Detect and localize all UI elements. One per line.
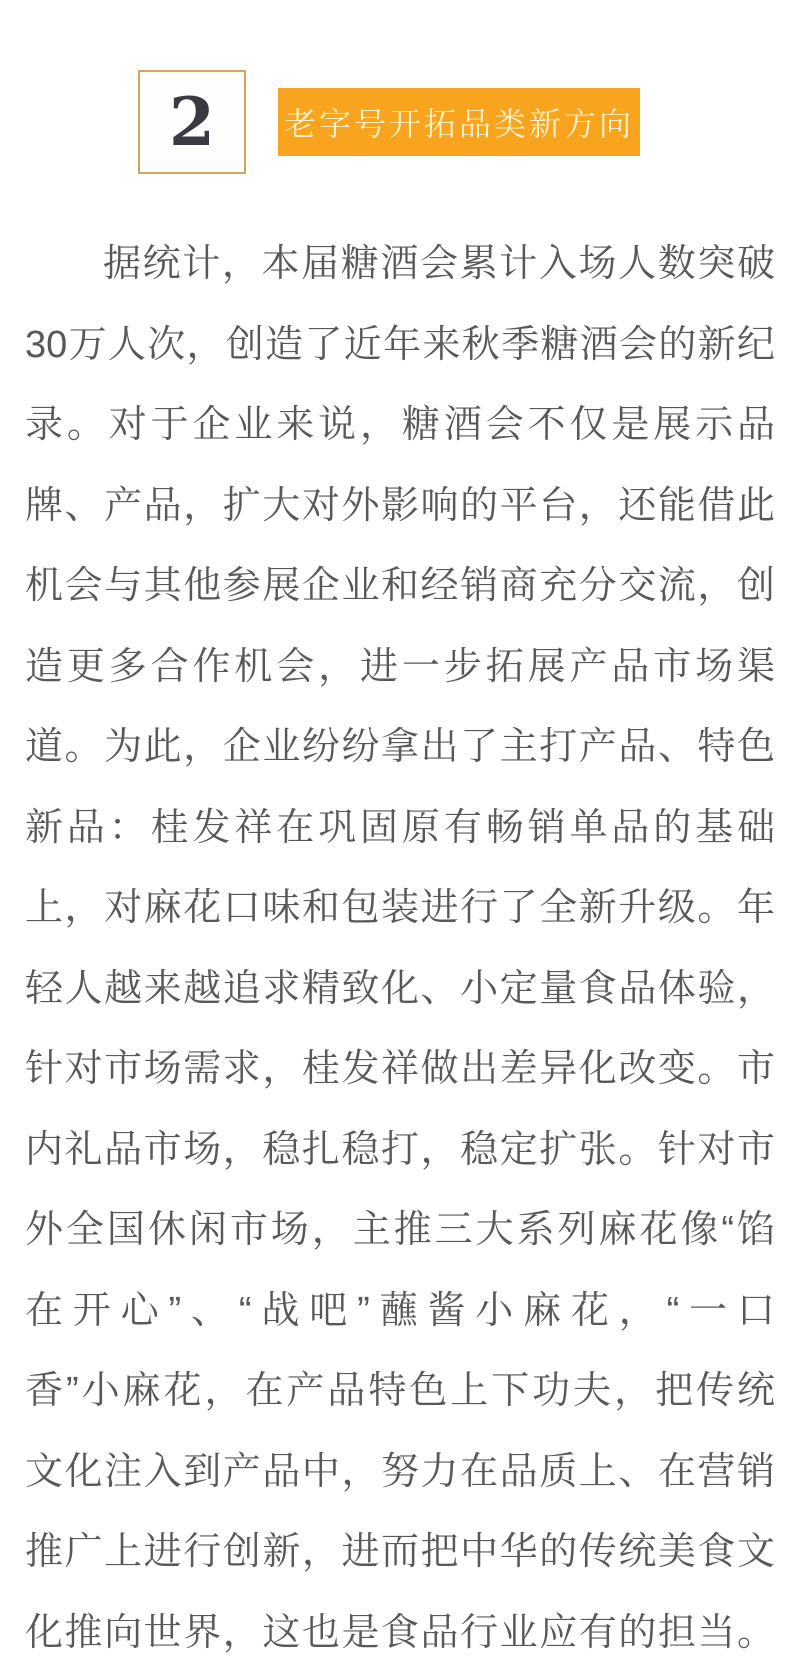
- section-number-box: 2: [138, 70, 246, 174]
- article-line: 文化注入到产品中，努力在品质上、在营销: [25, 1432, 775, 1513]
- article-line: 牌、产品，扩大对外影响的平台，还能借此: [25, 466, 775, 547]
- article-body: 据统计，本届糖酒会累计入场人数突破30万人次，创造了近年来秋季糖酒会的新纪录。对…: [25, 224, 775, 1672]
- article-line: 化推向世界，这也是食品行业应有的担当。: [25, 1593, 775, 1672]
- article-line: 推广上进行创新，进而把中华的传统美食文: [25, 1512, 775, 1593]
- section-header: 2 老字号开拓品类新方向: [138, 70, 800, 174]
- section-title: 老字号开拓品类新方向: [284, 99, 634, 145]
- article-line: 新品：桂发祥在巩固原有畅销单品的基础: [25, 788, 775, 869]
- article-line: 针对市场需求，桂发祥做出差异化改变。市: [25, 1029, 775, 1110]
- section-number: 2: [169, 89, 215, 155]
- article-line: 造更多合作机会，进一步拓展产品市场渠: [25, 627, 775, 708]
- article-line: 上，对麻花口味和包装进行了全新升级。年: [25, 868, 775, 949]
- article-line: 外全国休闲市场，主推三大系列麻花像“馅: [25, 1190, 775, 1271]
- article-line: 轻人越来越追求精致化、小定量食品体验，: [25, 949, 775, 1030]
- article-line: 道。为此，企业纷纷拿出了主打产品、特色: [25, 707, 775, 788]
- article-line: 录。对于企业来说，糖酒会不仅是展示品: [25, 385, 775, 466]
- article-line: 30万人次，创造了近年来秋季糖酒会的新纪: [25, 305, 775, 386]
- article-line: 机会与其他参展企业和经销商充分交流，创: [25, 546, 775, 627]
- article-line: 香”小麻花，在产品特色上下功夫，把传统: [25, 1351, 775, 1432]
- article-line: 在开心”、“战吧”蘸酱小麻花，“一口: [25, 1271, 775, 1352]
- article-line: 据统计，本届糖酒会累计入场人数突破: [25, 224, 775, 305]
- article-line: 内礼品市场，稳扎稳打，稳定扩张。针对市: [25, 1110, 775, 1191]
- section-title-banner: 老字号开拓品类新方向: [278, 88, 640, 156]
